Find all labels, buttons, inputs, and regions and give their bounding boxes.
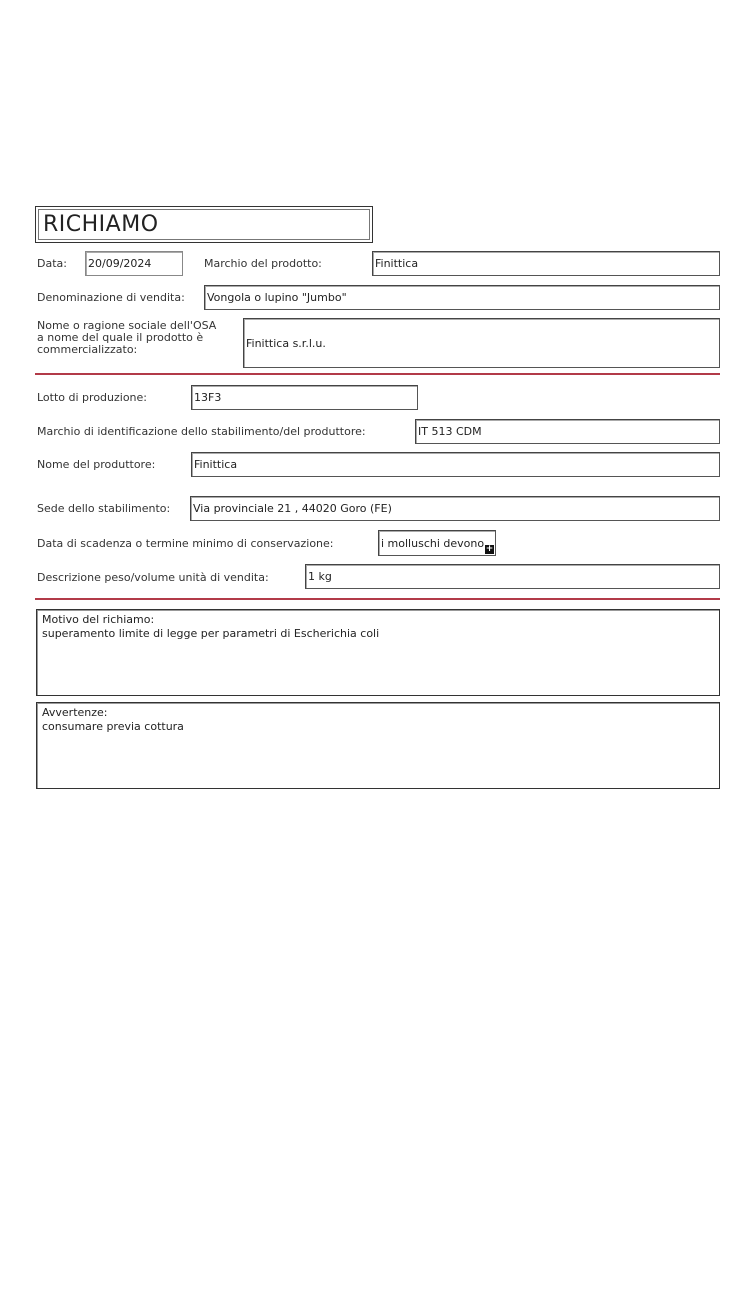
sede-label: Sede dello stabilimento: bbox=[37, 502, 170, 516]
plus-icon[interactable]: + bbox=[485, 545, 494, 554]
marchio-prodotto-field[interactable]: Finittica bbox=[372, 251, 720, 276]
lotto-label: Lotto di produzione: bbox=[37, 391, 147, 405]
avvertenze-area[interactable]: Avvertenze: consumare previa cottura bbox=[36, 702, 720, 789]
lotto-value: 13F3 bbox=[194, 391, 221, 404]
sede-value: Via provinciale 21 , 44020 Goro (FE) bbox=[193, 502, 392, 515]
scadenza-field[interactable]: i molluschi devono + bbox=[378, 530, 496, 556]
data-label: Data: bbox=[37, 257, 67, 271]
avvertenze-value: consumare previa cottura bbox=[42, 720, 714, 734]
peso-value: 1 kg bbox=[308, 570, 332, 583]
data-value: 20/09/2024 bbox=[88, 257, 151, 270]
denominazione-field[interactable]: Vongola o lupino "Jumbo" bbox=[204, 285, 720, 310]
page-title: RICHIAMO bbox=[38, 209, 370, 240]
osa-field[interactable]: Finittica s.r.l.u. bbox=[243, 318, 720, 368]
scadenza-value: i molluschi devono bbox=[381, 537, 484, 550]
lotto-field[interactable]: 13F3 bbox=[191, 385, 418, 410]
title-box: RICHIAMO bbox=[35, 206, 373, 243]
section-divider bbox=[35, 598, 720, 600]
marchio-prodotto-value: Finittica bbox=[375, 257, 418, 270]
nome-produttore-label: Nome del produttore: bbox=[37, 458, 155, 472]
nome-produttore-value: Finittica bbox=[194, 458, 237, 471]
motivo-label: Motivo del richiamo: bbox=[42, 613, 714, 627]
denominazione-label: Denominazione di vendita: bbox=[37, 291, 185, 305]
nome-produttore-field[interactable]: Finittica bbox=[191, 452, 720, 477]
osa-label: Nome o ragione sociale dell'OSA a nome d… bbox=[37, 320, 216, 356]
data-field[interactable]: 20/09/2024 bbox=[85, 251, 183, 276]
osa-value: Finittica s.r.l.u. bbox=[246, 337, 326, 350]
marchio-prodotto-label: Marchio del prodotto: bbox=[204, 257, 322, 271]
motivo-area[interactable]: Motivo del richiamo: superamento limite … bbox=[36, 609, 720, 696]
peso-field[interactable]: 1 kg bbox=[305, 564, 720, 589]
marchio-identificazione-label: Marchio di identificazione dello stabili… bbox=[37, 425, 366, 439]
motivo-value: superamento limite di legge per parametr… bbox=[42, 627, 714, 641]
avvertenze-label: Avvertenze: bbox=[42, 706, 714, 720]
osa-label-line: commercializzato: bbox=[37, 344, 216, 356]
sede-field[interactable]: Via provinciale 21 , 44020 Goro (FE) bbox=[190, 496, 720, 521]
scadenza-label: Data di scadenza o termine minimo di con… bbox=[37, 537, 334, 551]
marchio-identificazione-field[interactable]: IT 513 CDM bbox=[415, 419, 720, 444]
peso-label: Descrizione peso/volume unità di vendita… bbox=[37, 571, 269, 585]
marchio-identificazione-value: IT 513 CDM bbox=[418, 425, 482, 438]
denominazione-value: Vongola o lupino "Jumbo" bbox=[207, 291, 347, 304]
section-divider bbox=[35, 373, 720, 375]
